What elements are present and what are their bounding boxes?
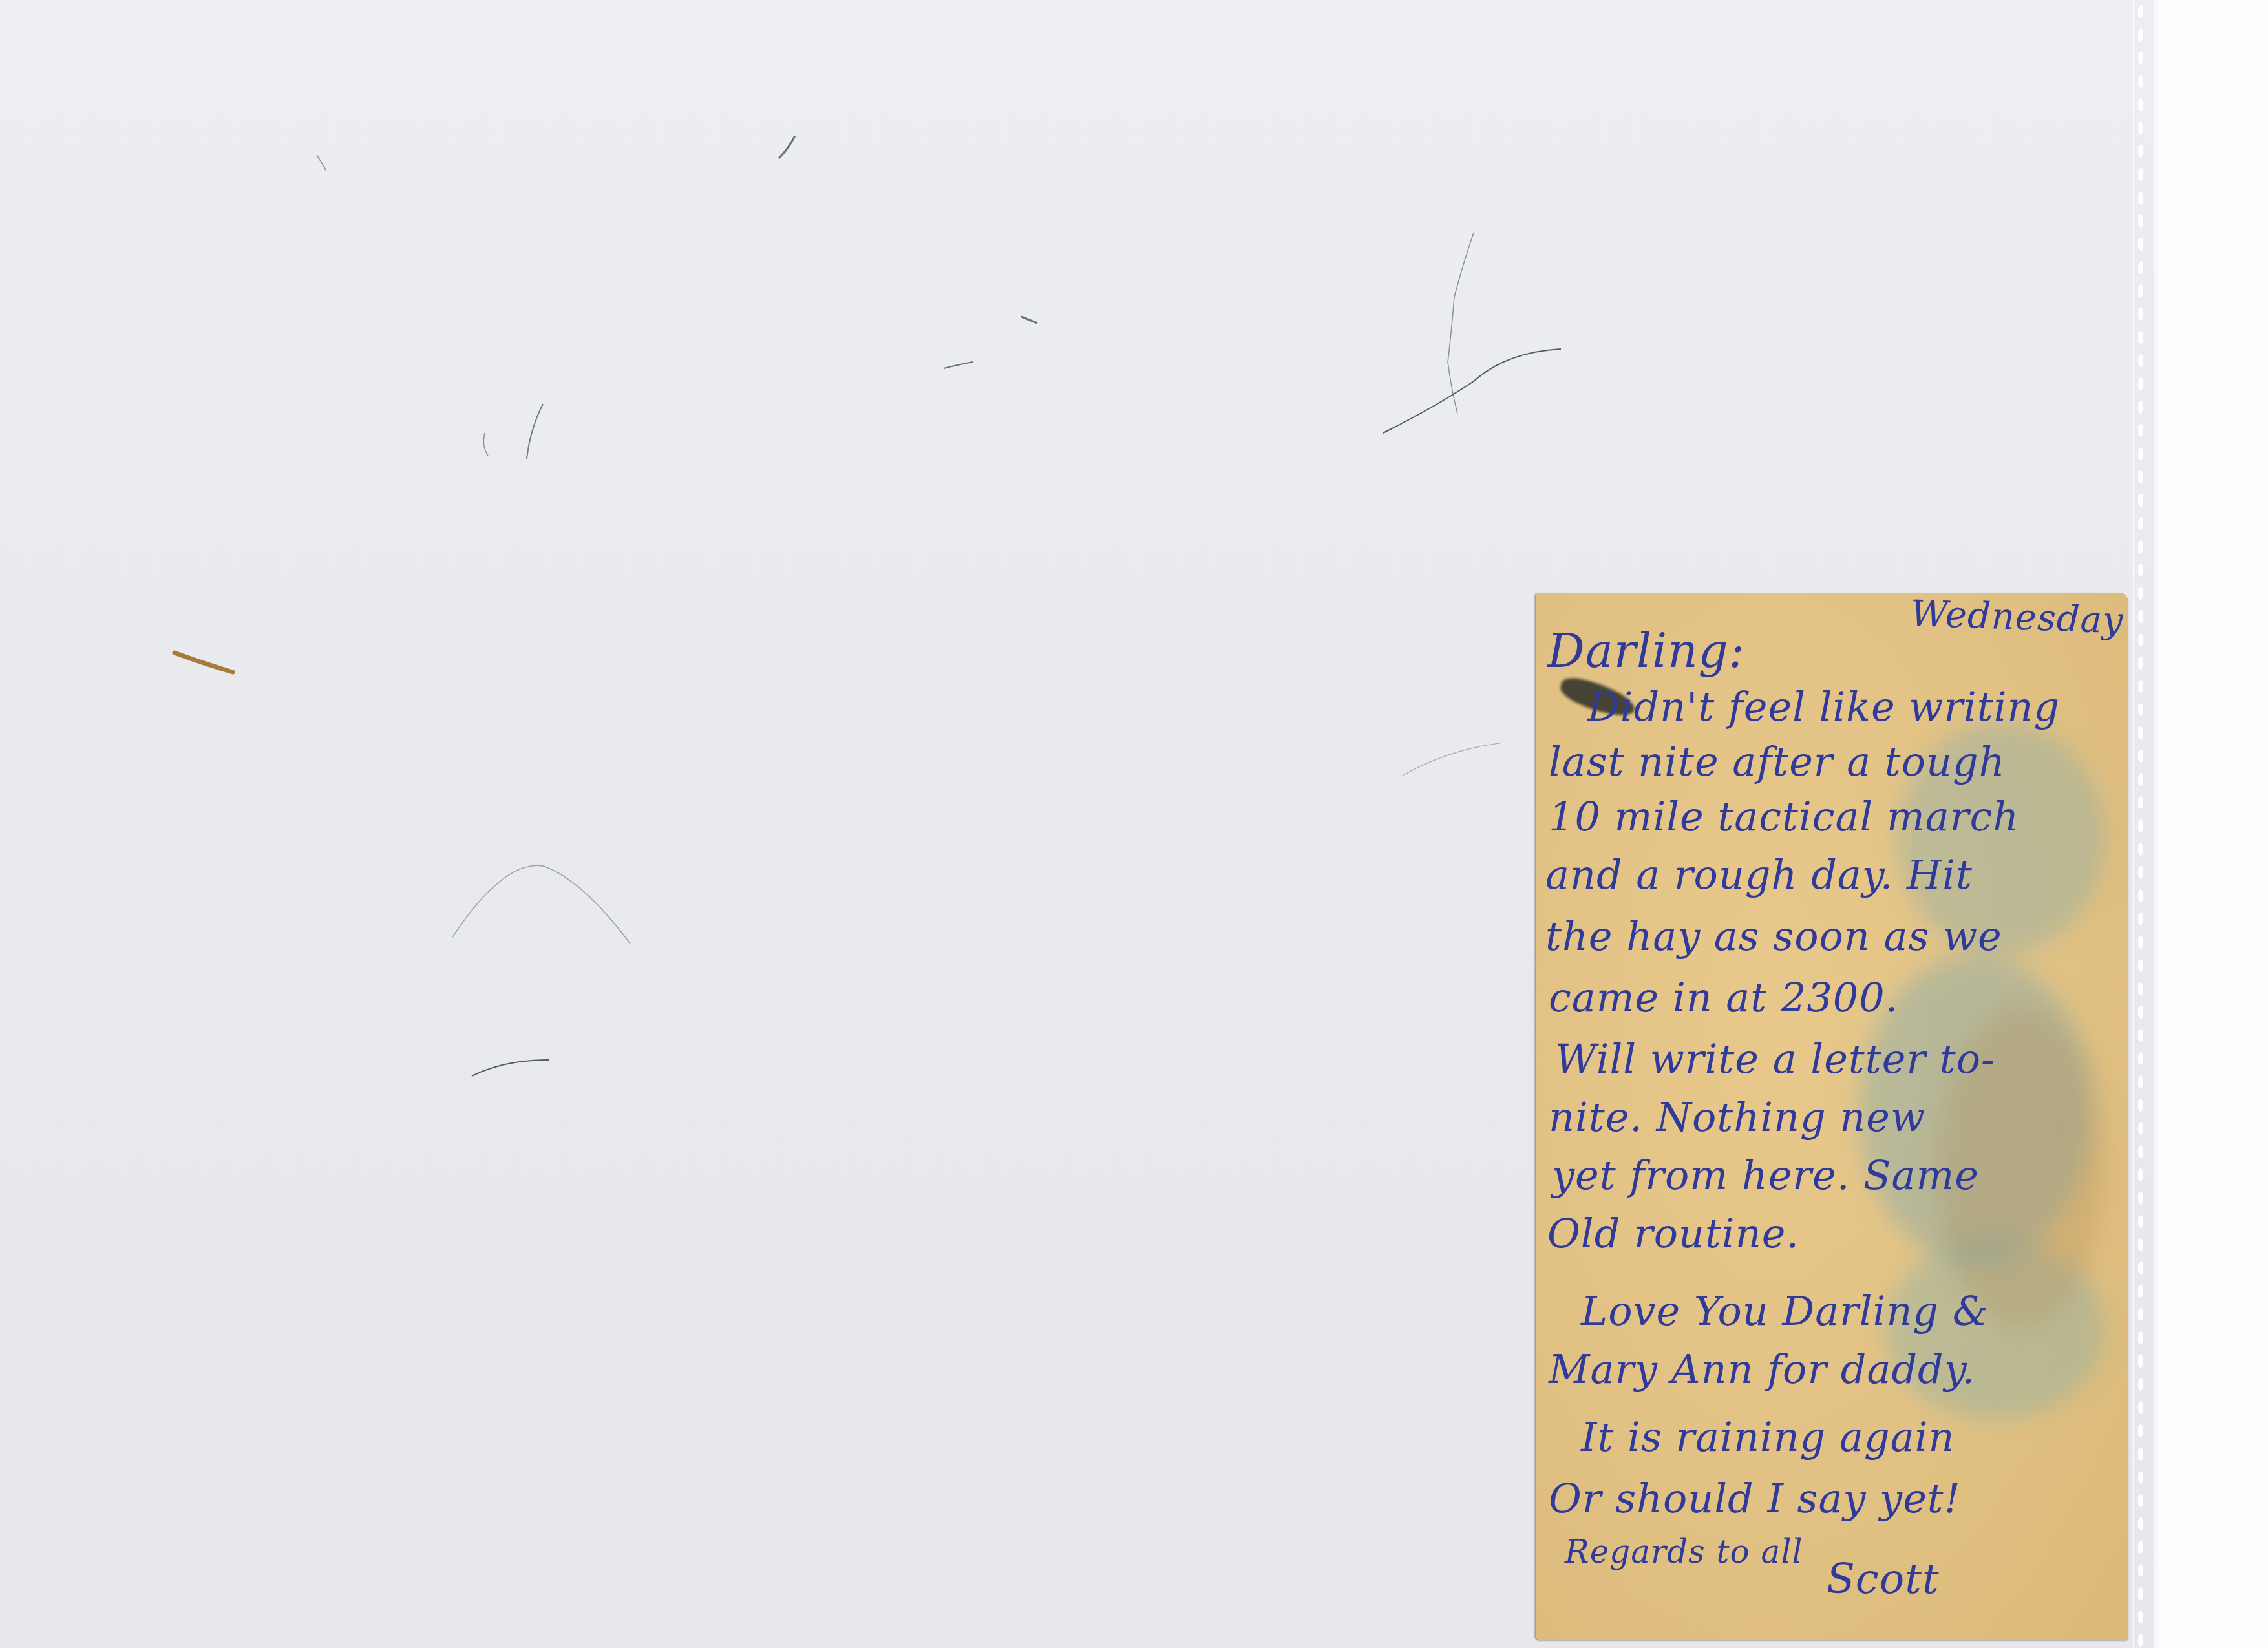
body-line: yet from here. Same bbox=[1552, 1152, 1979, 1199]
body-line: Old routine. bbox=[1547, 1210, 1799, 1257]
postscript-line: Or should I say yet! bbox=[1549, 1475, 1961, 1522]
regards-line: Regards to all bbox=[1565, 1533, 1803, 1570]
postcard: Wednesday Darling: Didn't feel like writ… bbox=[1536, 593, 2128, 1640]
body-line: nite. Nothing new bbox=[1549, 1093, 1925, 1141]
closing-line: Love You Darling & bbox=[1581, 1287, 1989, 1335]
date-header: Wednesday bbox=[1910, 593, 2125, 642]
body-line: Didn't feel like writing bbox=[1587, 683, 2060, 730]
postscript-line: It is raining again bbox=[1581, 1413, 1955, 1461]
body-line: the hay as soon as we bbox=[1545, 913, 2002, 960]
salutation: Darling: bbox=[1547, 624, 1745, 678]
body-line: and a rough day. Hit bbox=[1545, 851, 1973, 898]
body-line: last nite after a tough bbox=[1549, 738, 2006, 785]
signature: Scott bbox=[1827, 1556, 1940, 1603]
body-line: came in at 2300. bbox=[1549, 974, 1898, 1021]
sleeve-perforated-seam bbox=[2133, 0, 2148, 1648]
body-line: Will write a letter to- bbox=[1555, 1035, 1995, 1083]
sleeve-margin bbox=[2158, 0, 2268, 1648]
closing-line: Mary Ann for daddy. bbox=[1549, 1346, 1975, 1393]
body-line: 10 mile tactical march bbox=[1549, 793, 2019, 840]
